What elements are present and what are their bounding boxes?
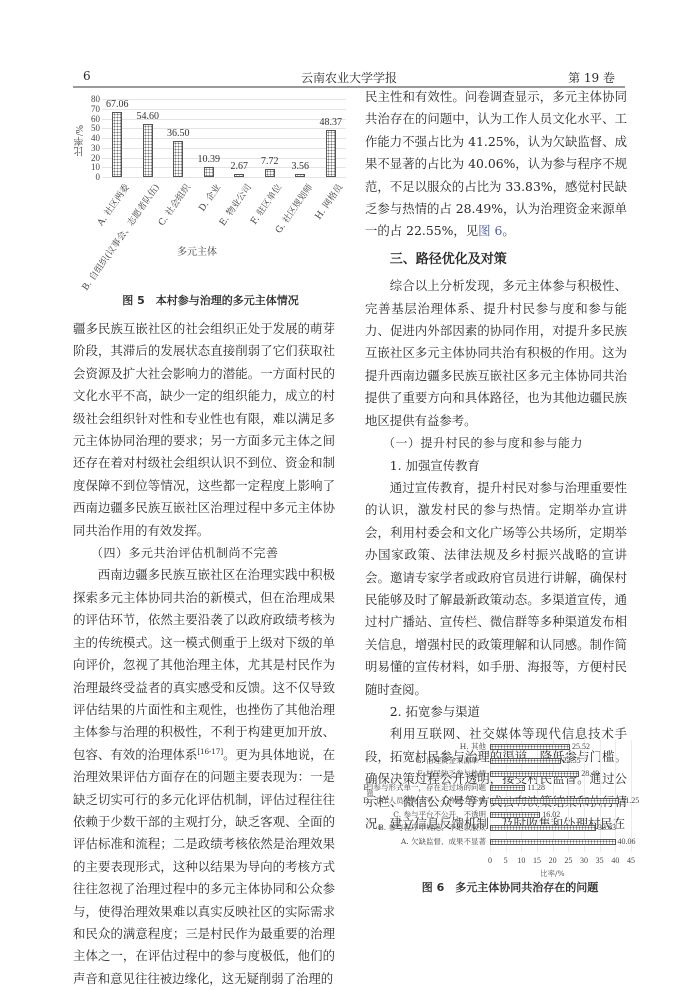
figure-6-chart: 问题 051015202530354045H. 其他25.52G. 治理资金来源… [370,740,650,880]
bar-row: G. 治理资金来源单一22.55 [370,756,650,766]
journal-title: 云南农业大学学报 [73,69,625,86]
subheading-1: （一）提升村民的参与度和参与能力 [365,432,627,454]
gridline [102,138,346,139]
bar [490,825,596,831]
x-tick: 10 [517,856,525,865]
bar-value-label: 25.52 [572,742,590,752]
x-tick: 35 [596,856,604,865]
y-tick: 80 [91,95,100,104]
bar-value-label: 7.72 [261,156,279,167]
x-tick: 20 [549,856,557,865]
y-tick: 50 [91,124,100,133]
x-tick: 30 [580,856,588,865]
figure-5-chart: 比率/% 01020304050607080 67.0654.6036.5010… [73,95,348,315]
y-axis-ticks: 01020304050607080 [86,95,100,255]
gridline [102,109,346,110]
bar [326,130,336,177]
figure-5-caption: 图 5 本村参与治理的多元主体情况 [73,292,348,308]
citation-ref[interactable]: [16-17] [197,748,223,756]
y-tick: 10 [91,163,100,172]
bar [112,112,122,177]
bar-row: H. 其他25.52 [370,742,650,752]
x-tick: 0 [488,856,492,865]
category-label: D. 工作人员文化水平、工作能力不强 [336,796,486,806]
paragraph: 通过宣传教育，提升村民对参与治理重要性的认识，激发村民的参与热情。定期举办宣讲会… [365,477,627,701]
gridline [102,148,346,149]
category-label: A. 欠缺监督、成果不显著 [336,837,486,847]
category-label: C. 参与平台不公开、不透明 [336,810,486,820]
gridline [102,99,346,100]
bar [490,798,619,804]
y-tick: 40 [91,134,100,143]
bar [234,174,244,177]
paragraph: 民主性和有效性。问卷调查显示，多元主体协同共治存在的问题中，认为工作人员文化水平… [365,86,627,243]
y-tick: 70 [91,105,100,114]
x-category-label: D. 企业 [195,181,223,214]
bar-row: D. 工作人员文化水平、工作能力不强41.25 [370,796,650,806]
x-tick: 40 [611,856,619,865]
section-3-heading: 三、路径优化及对策 [365,249,627,271]
paragraph: 疆多民族互嵌社区的社会组织正处于发展的萌芽阶段，其滞后的发展状态直接削弱了它们获… [73,318,335,542]
bar-value-label: 16.02 [542,810,560,820]
running-header: 6 云南农业大学学报 第 19 卷 [73,69,625,87]
x-tick: 25 [564,856,572,865]
category-label: F. 村民缺乏参与热情 [336,769,486,779]
bar-value-label: 48.37 [320,117,343,128]
bar-value-label: 11.28 [527,783,545,793]
gridline [102,167,346,168]
bar [173,141,183,177]
bar-value-label: 36.50 [167,128,190,139]
x-axis-title: 比率/% [540,868,565,879]
bar-value-label: 40.06 [618,837,636,847]
bar-value-label: 54.60 [137,111,160,122]
item-1-heading: 1. 加强宣传教育 [365,455,627,477]
paragraph: 综合以上分析发现，多元主体参与积极性、完善基层治理体系、提升村民参与度和参与能力… [365,275,627,432]
gridline [102,128,346,129]
bar-value-label: 33.83 [598,823,616,833]
bar [490,771,579,777]
gridline [102,177,346,178]
bar-value-label: 41.25 [621,796,639,806]
plot-area: 67.0654.6036.5010.392.677.723.5648.37 [102,99,346,177]
figure-6-caption: 图 6 多元主体协同共治存在的问题 [365,879,655,895]
bar-row: F. 村民缺乏参与热情28.49 [370,769,650,779]
paragraph: 西南边疆多民族互嵌社区在治理实践中积极探索多元主体协同共治的新模式，但在治理成果… [73,564,335,990]
category-label: H. 其他 [336,742,486,752]
figure-6-link[interactable]: 图 6 [478,223,502,238]
bar-value-label: 67.06 [106,99,129,110]
category-label: G. 治理资金来源单一 [336,756,486,766]
bar [295,174,305,177]
left-column: 疆多民族互嵌社区的社会组织正处于发展的萌芽阶段，其滞后的发展状态直接削弱了它们获… [73,318,335,990]
y-tick: 30 [91,144,100,153]
category-label: B. 参与程序不规范、不足以服众 [336,823,486,833]
subheading-4: （四）多元共治评估机制尚不完善 [73,542,335,564]
volume-label: 第 19 卷 [568,69,615,86]
item-2-heading: 2. 拓宽参与渠道 [365,701,627,723]
bar-value-label: 2.67 [231,161,249,172]
x-axis-title: 多元主体 [177,243,217,258]
bar [490,839,616,845]
gridline [102,158,346,159]
bar [490,758,561,764]
bar [490,785,525,791]
x-tick: 15 [533,856,541,865]
x-tick: 5 [504,856,508,865]
bar [265,169,275,177]
category-label: E. 参与形式单一，存在走过场的问题 [336,783,486,793]
bar-row: A. 欠缺监督、成果不显著40.06 [370,837,650,847]
bar-value-label: 22.55 [563,756,581,766]
bar-row: C. 参与平台不公开、不透明16.02 [370,810,650,820]
y-tick: 0 [96,173,101,182]
bar [490,812,540,818]
bar-value-label: 28.49 [581,769,599,779]
y-tick: 60 [91,115,100,124]
y-tick: 20 [91,154,100,163]
bar [143,124,153,177]
bar-row: B. 参与程序不规范、不足以服众33.83 [370,823,650,833]
bar-value-label: 3.56 [292,161,310,172]
bar-value-label: 10.39 [198,154,221,165]
y-axis-title: 比率/% [73,125,85,156]
right-column: 民主性和有效性。问卷调查显示，多元主体协同共治存在的问题中，认为工作人员文化水平… [365,86,627,835]
x-tick: 45 [627,856,635,865]
bar-row: E. 参与形式单一，存在走过场的问题11.28 [370,783,650,793]
bar [204,167,214,177]
bar [490,744,570,750]
x-category-label: H. 网格员 [311,181,345,222]
